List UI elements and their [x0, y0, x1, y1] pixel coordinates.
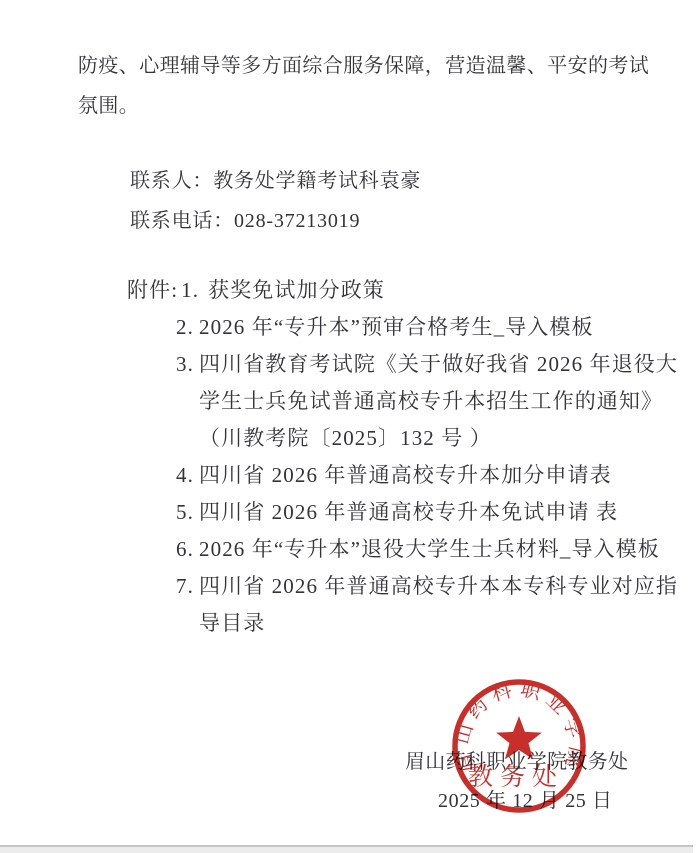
- attachments-list: 附件: 1. 获奖免试加分政策 2. 2026 年“专升本”预审合格考生_导入模…: [127, 272, 678, 642]
- attachment-item: 6. 2026 年“专升本”退役大学生士兵材料_导入模板: [176, 531, 678, 568]
- seal-title: 教务处: [468, 763, 564, 791]
- attachment-item: 附件: 1. 获奖免试加分政策: [127, 272, 678, 309]
- attachment-number: 4.: [176, 457, 199, 494]
- body-paragraph: 防疫、心理辅导等多方面综合服务保障，营造温馨、平安的考试 氛围。: [78, 46, 649, 126]
- attachment-text-line: 四川省 2026 年普通高校专升本加分申请表: [199, 457, 612, 494]
- body-line: 防疫、心理辅导等多方面综合服务保障，营造温馨、平安的考试: [78, 46, 649, 86]
- attachment-number: 3.: [176, 346, 199, 457]
- attachment-text-line: 2026 年“专升本”预审合格考生_导入模板: [199, 309, 594, 346]
- attachment-text-line: 四川省教育考试院《关于做好我省 2026 年退役大: [199, 346, 678, 383]
- attachment-number: 6.: [176, 531, 199, 568]
- attachment-text-line: 学生士兵免试普通高校专升本招生工作的通知》: [199, 383, 678, 420]
- attachment-text-line: （川教考院〔2025〕132 号 ）: [199, 420, 678, 457]
- attachment-item: 7. 四川省 2026 年普通高校专升本本专科专业对应指 导目录: [176, 568, 678, 642]
- attachment-item: 4. 四川省 2026 年普通高校专升本加分申请表: [176, 457, 678, 494]
- attachment-item: 5. 四川省 2026 年普通高校专升本免试申请 表: [176, 494, 678, 531]
- contact-phone: 联系电话：028-37213019: [130, 201, 421, 241]
- seal-star-icon: [496, 716, 542, 759]
- attachment-number: 1.: [181, 272, 199, 309]
- attachment-text-line: 获奖免试加分政策: [208, 272, 385, 309]
- attachment-text-line: 导目录: [199, 605, 678, 642]
- attachment-text-line: 2026 年“专升本”退役大学生士兵材料_导入模板: [199, 531, 660, 568]
- attachment-text-line: 四川省 2026 年普通高校专升本本专科专业对应指: [199, 568, 678, 605]
- horizontal-scrollbar[interactable]: [0, 845, 693, 853]
- attachment-item: 3. 四川省教育考试院《关于做好我省 2026 年退役大 学生士兵免试普通高校专…: [176, 346, 678, 457]
- attachment-number: 5.: [176, 494, 199, 531]
- contact-block: 联系人：教务处学籍考试科袁豪 联系电话：028-37213019: [130, 161, 421, 241]
- attachment-text-line: 四川省 2026 年普通高校专升本免试申请 表: [199, 494, 618, 531]
- attachment-number: 7.: [176, 568, 199, 642]
- attachment-item: 2. 2026 年“专升本”预审合格考生_导入模板: [176, 309, 678, 346]
- body-line: 氛围。: [78, 86, 649, 126]
- document-page: 防疫、心理辅导等多方面综合服务保障，营造温馨、平安的考试 氛围。 联系人：教务处…: [0, 0, 700, 853]
- attachment-number: 2.: [176, 309, 199, 346]
- official-seal: 眉山药科职业学院 教务处: [439, 666, 599, 826]
- contact-person: 联系人：教务处学籍考试科袁豪: [130, 161, 421, 201]
- attachments-label: 附件:: [127, 272, 178, 309]
